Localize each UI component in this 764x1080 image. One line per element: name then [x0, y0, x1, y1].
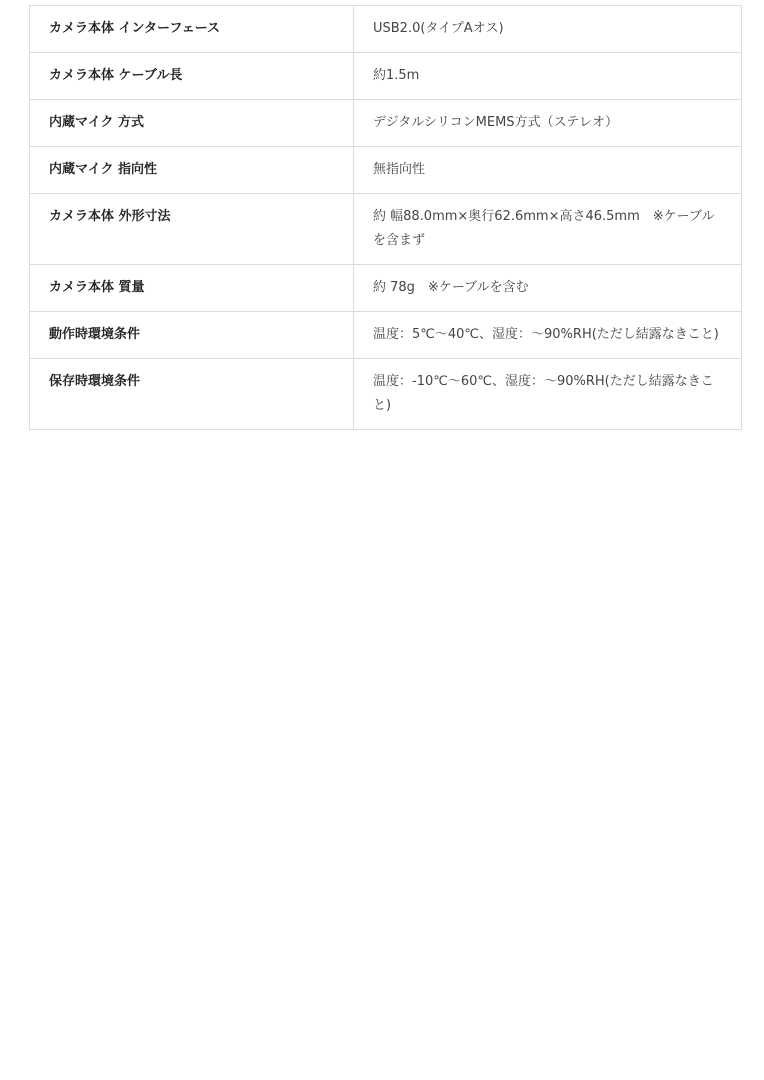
row-value: 温度：5℃〜40℃、湿度：〜90%RH(ただし結露なきこと): [354, 312, 742, 359]
row-label: カメラ本体 質量: [30, 265, 354, 312]
row-label: カメラ本体 ケーブル長: [30, 53, 354, 100]
row-label: 内蔵マイク 指向性: [30, 147, 354, 194]
table-row-mic-directivity: 内蔵マイク 指向性 無指向性: [30, 147, 742, 194]
row-label: 保存時環境条件: [30, 359, 354, 430]
table-row-storage-environment: 保存時環境条件 温度：-10℃〜60℃、湿度：〜90%RH(ただし結露なきこと): [30, 359, 742, 430]
row-label: 動作時環境条件: [30, 312, 354, 359]
table-row-weight: カメラ本体 質量 約 78g ※ケーブルを含む: [30, 265, 742, 312]
table-row-dimensions: カメラ本体 外形寸法 約 幅88.0mm×奥行62.6mm×高さ46.5mm ※…: [30, 194, 742, 265]
row-value: 約 78g ※ケーブルを含む: [354, 265, 742, 312]
row-value: デジタルシリコンMEMS方式（ステレオ）: [354, 100, 742, 147]
spec-table: カメラ本体 インターフェース USB2.0(タイプAオス) カメラ本体 ケーブル…: [29, 5, 742, 430]
table-row-interface: カメラ本体 インターフェース USB2.0(タイプAオス): [30, 6, 742, 53]
row-value: USB2.0(タイプAオス): [354, 6, 742, 53]
row-value: 温度：-10℃〜60℃、湿度：〜90%RH(ただし結露なきこと): [354, 359, 742, 430]
row-label: カメラ本体 外形寸法: [30, 194, 354, 265]
row-value: 約1.5m: [354, 53, 742, 100]
row-value: 約 幅88.0mm×奥行62.6mm×高さ46.5mm ※ケーブルを含まず: [354, 194, 742, 265]
table-row-cable-length: カメラ本体 ケーブル長 約1.5m: [30, 53, 742, 100]
row-label: カメラ本体 インターフェース: [30, 6, 354, 53]
table-row-operating-environment: 動作時環境条件 温度：5℃〜40℃、湿度：〜90%RH(ただし結露なきこと): [30, 312, 742, 359]
row-value: 無指向性: [354, 147, 742, 194]
table-row-mic-type: 内蔵マイク 方式 デジタルシリコンMEMS方式（ステレオ）: [30, 100, 742, 147]
row-label: 内蔵マイク 方式: [30, 100, 354, 147]
